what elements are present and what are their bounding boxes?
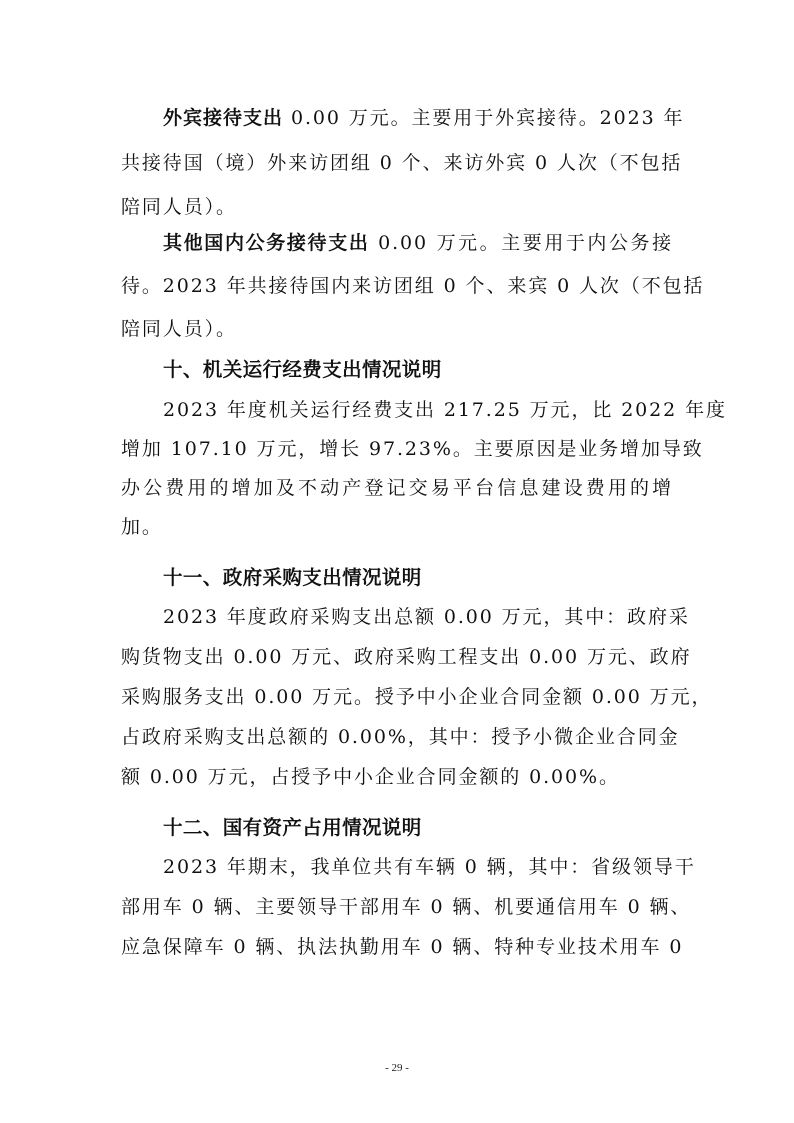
paragraph-line: 部用车 0 辆、主要领导干部用车 0 辆、机要通信用车 0 辆、 [121, 892, 673, 922]
bold-lead-text: 外宾接待支出 [163, 107, 283, 129]
paragraph-line: 待。2023 年共接待国内来访团组 0 个、来宾 0 人次（不包括 [121, 271, 673, 301]
paragraph-line: 陪同人员）。 [121, 314, 673, 344]
paragraph-line: 共接待国（境）外来访团组 0 个、来访外宾 0 人次（不包括 [121, 148, 673, 178]
paragraph-line: 购货物支出 0.00 万元、政府采购工程支出 0.00 万元、政府 [121, 642, 673, 672]
bold-lead-text: 其他国内公务接待支出 [163, 232, 370, 254]
section-heading: 十一、政府采购支出情况说明 [163, 563, 422, 593]
paragraph-line: 其他国内公务接待支出 0.00 万元。主要用于内公务接 [163, 228, 673, 258]
paragraph-line: 陪同人员）。 [121, 192, 673, 222]
paragraph-line: 外宾接待支出 0.00 万元。主要用于外宾接待。2023 年 [163, 103, 673, 133]
paragraph-line: 应急保障车 0 辆、执法执勤用车 0 辆、特种专业技术用车 0 [121, 932, 673, 962]
paragraph-line: 2023 年期末，我单位共有车辆 0 辆，其中：省级领导干 [163, 852, 673, 882]
paragraph-line: 2023 年度机关运行经费支出 217.25 万元，比 2022 年度 [163, 395, 673, 425]
paragraph-line: 采购服务支出 0.00 万元。授予中小企业合同金额 0.00 万元， [121, 682, 673, 712]
paragraph-text: 0.00 万元。主要用于内公务接 [370, 232, 673, 254]
paragraph-line: 额 0.00 万元，占授予中小企业合同金额的 0.00%。 [121, 762, 673, 792]
page-number: - 29 - [0, 1062, 794, 1074]
document-page: 外宾接待支出 0.00 万元。主要用于外宾接待。2023 年 共接待国（境）外来… [0, 0, 794, 1123]
paragraph-line: 办公费用的增加及不动产登记交易平台信息建设费用的增 [121, 473, 673, 503]
paragraph-text: 0.00 万元。主要用于外宾接待。2023 年 [283, 107, 684, 129]
paragraph-line: 占政府采购支出总额的 0.00%，其中：授予小微企业合同金 [121, 722, 673, 752]
paragraph-line: 2023 年度政府采购支出总额 0.00 万元，其中：政府采 [163, 602, 673, 632]
paragraph-line: 增加 107.10 万元，增长 97.23%。主要原因是业务增加导致 [121, 434, 673, 464]
section-heading: 十二、国有资产占用情况说明 [163, 813, 422, 843]
section-heading: 十、机关运行经费支出情况说明 [163, 355, 442, 385]
paragraph-line: 加。 [121, 512, 673, 542]
